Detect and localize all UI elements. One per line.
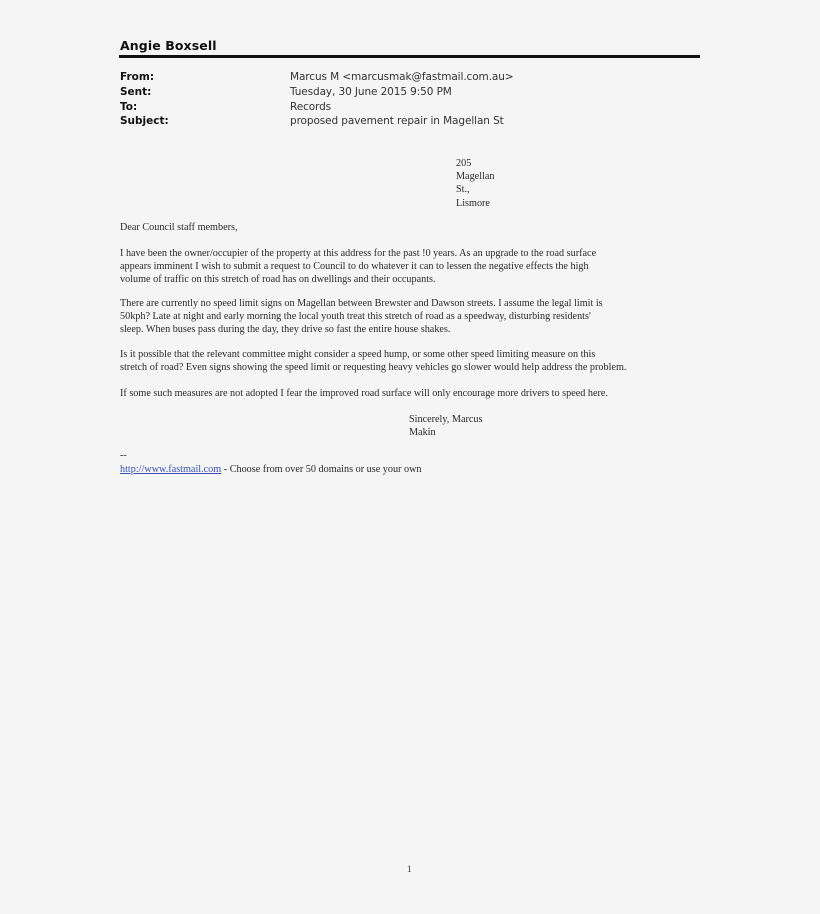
owner-name: Angie Boxsell — [120, 38, 217, 53]
signoff: Sincerely, Marcus Makin — [409, 413, 482, 439]
body-paragraph: Is it possible that the relevant committ… — [120, 349, 690, 375]
sender-address: 205 Magellan St., Lismore — [456, 157, 494, 210]
to-row: To: Records — [120, 100, 514, 115]
signoff-line: Makin — [409, 426, 482, 439]
page-number: 1 — [407, 864, 412, 874]
address-line: 205 — [456, 157, 494, 170]
body-paragraph: There are currently no speed limit signs… — [120, 298, 690, 336]
address-line: Magellan — [456, 170, 494, 183]
from-label: From: — [120, 70, 290, 85]
footer-line: http://www.fastmail.com - Choose from ov… — [120, 464, 422, 475]
signature-separator: -- — [120, 450, 127, 461]
address-line: St., — [456, 183, 494, 196]
body-paragraph: I have been the owner/occupier of the pr… — [120, 248, 690, 286]
email-header: From: Marcus M <marcusmak@fastmail.com.a… — [120, 70, 514, 129]
header-rule — [119, 55, 700, 58]
subject-value: proposed pavement repair in Magellan St — [290, 114, 504, 129]
body-paragraph: If some such measures are not adopted I … — [120, 388, 690, 401]
fastmail-link[interactable]: http://www.fastmail.com — [120, 464, 221, 475]
greeting: Dear Council staff members, — [120, 222, 238, 233]
to-label: To: — [120, 100, 290, 115]
from-row: From: Marcus M <marcusmak@fastmail.com.a… — [120, 70, 514, 85]
sent-label: Sent: — [120, 85, 290, 100]
document-page: Angie Boxsell From: Marcus M <marcusmak@… — [0, 0, 820, 914]
address-line: Lismore — [456, 197, 494, 210]
sent-row: Sent: Tuesday, 30 June 2015 9:50 PM — [120, 85, 514, 100]
subject-label: Subject: — [120, 114, 290, 129]
signoff-line: Sincerely, Marcus — [409, 413, 482, 426]
footer-tail: - Choose from over 50 domains or use you… — [221, 464, 421, 475]
subject-row: Subject: proposed pavement repair in Mag… — [120, 114, 514, 129]
to-value: Records — [290, 100, 331, 115]
from-value: Marcus M <marcusmak@fastmail.com.au> — [290, 70, 514, 85]
sent-value: Tuesday, 30 June 2015 9:50 PM — [290, 85, 452, 100]
